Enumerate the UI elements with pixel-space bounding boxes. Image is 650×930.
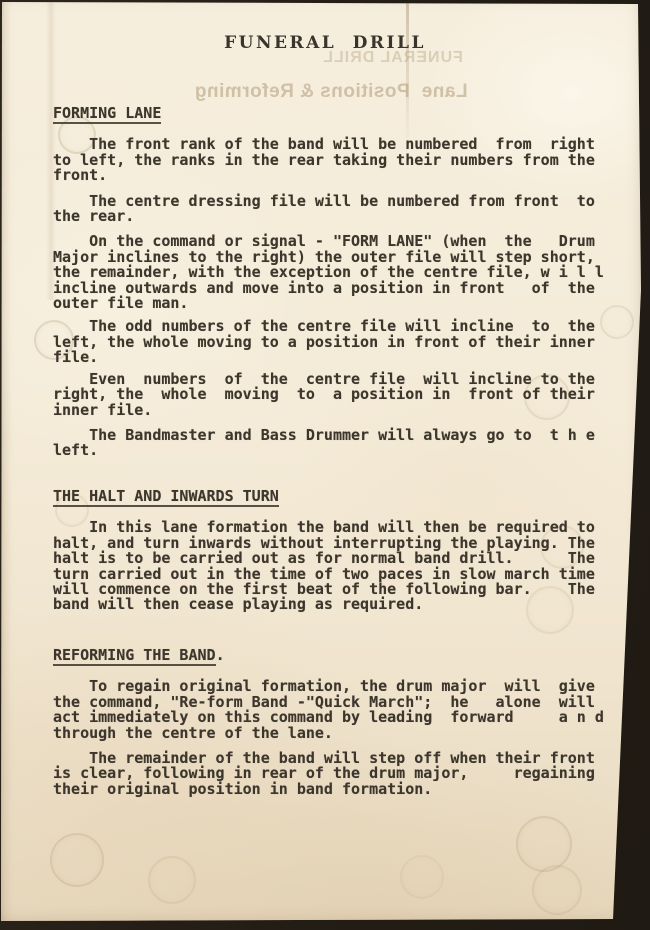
typewritten-line: front. (53, 168, 618, 183)
paper-sheet: FUNERAL DRILL FUNERAL DRILL Lane Positio… (0, 0, 650, 930)
document-section: THE HALT AND INWARDS TURN In this lane f… (53, 489, 618, 623)
stain-ring (148, 856, 196, 904)
bleedthrough-subtitle: Lane Positions & Reforming (178, 81, 484, 103)
section-heading: REFORMING THE BAND. (53, 648, 618, 663)
section-heading-suffix: . (216, 646, 225, 664)
scanned-page-background: FUNERAL DRILL FUNERAL DRILL Lane Positio… (0, 0, 650, 930)
typewritten-line: through the centre of the lane. (53, 726, 618, 741)
stain-ring (400, 855, 444, 899)
typewritten-line: The centre dressing file will be numbere… (53, 194, 618, 209)
typewritten-line: The Bandmaster and Bass Drummer will alw… (53, 428, 618, 443)
paragraph: Even numbers of the centre file will inc… (53, 372, 618, 418)
section-heading-text: REFORMING THE BAND (53, 646, 216, 666)
typewritten-line: left. (53, 443, 618, 458)
stain-ring (50, 833, 104, 887)
section-heading-text: FORMING LANE (53, 104, 161, 124)
section-heading: THE HALT AND INWARDS TURN (53, 489, 618, 504)
paragraph: The centre dressing file will be numbere… (53, 194, 618, 225)
typewritten-line: outer file man. (53, 296, 618, 311)
paragraph: The front rank of the band will be numbe… (53, 137, 618, 183)
section-heading-text: THE HALT AND INWARDS TURN (53, 487, 279, 507)
typewritten-line: file. (53, 350, 618, 365)
document-section: REFORMING THE BAND. To regain original f… (53, 648, 618, 807)
paragraph: The remainder of the band will step off … (53, 751, 618, 797)
page-title: FUNERAL DRILL (0, 33, 650, 53)
paragraph: To regain original formation, the drum m… (53, 679, 618, 741)
section-heading: FORMING LANE (53, 106, 618, 121)
typewritten-line: inner file. (53, 403, 618, 418)
paragraph: The odd numbers of the centre file will … (53, 319, 618, 365)
paragraph: The Bandmaster and Bass Drummer will alw… (53, 428, 618, 459)
typewritten-line: to left, the ranks in the rear taking th… (53, 153, 618, 168)
document-section: FORMING LANE The front rank of the band … (53, 106, 618, 469)
stain-ring (532, 865, 582, 915)
paragraph: In this lane formation the band will the… (53, 520, 618, 612)
typewritten-line: the rear. (53, 209, 618, 224)
paragraph: On the command or signal - "FORM LANE" (… (53, 234, 618, 311)
typewritten-line: left, the whole moving to a position in … (53, 335, 618, 350)
stain-ring (516, 816, 572, 872)
typewritten-line: band will then cease playing as required… (53, 597, 618, 612)
typewritten-line: their original position in band formatio… (53, 782, 618, 797)
